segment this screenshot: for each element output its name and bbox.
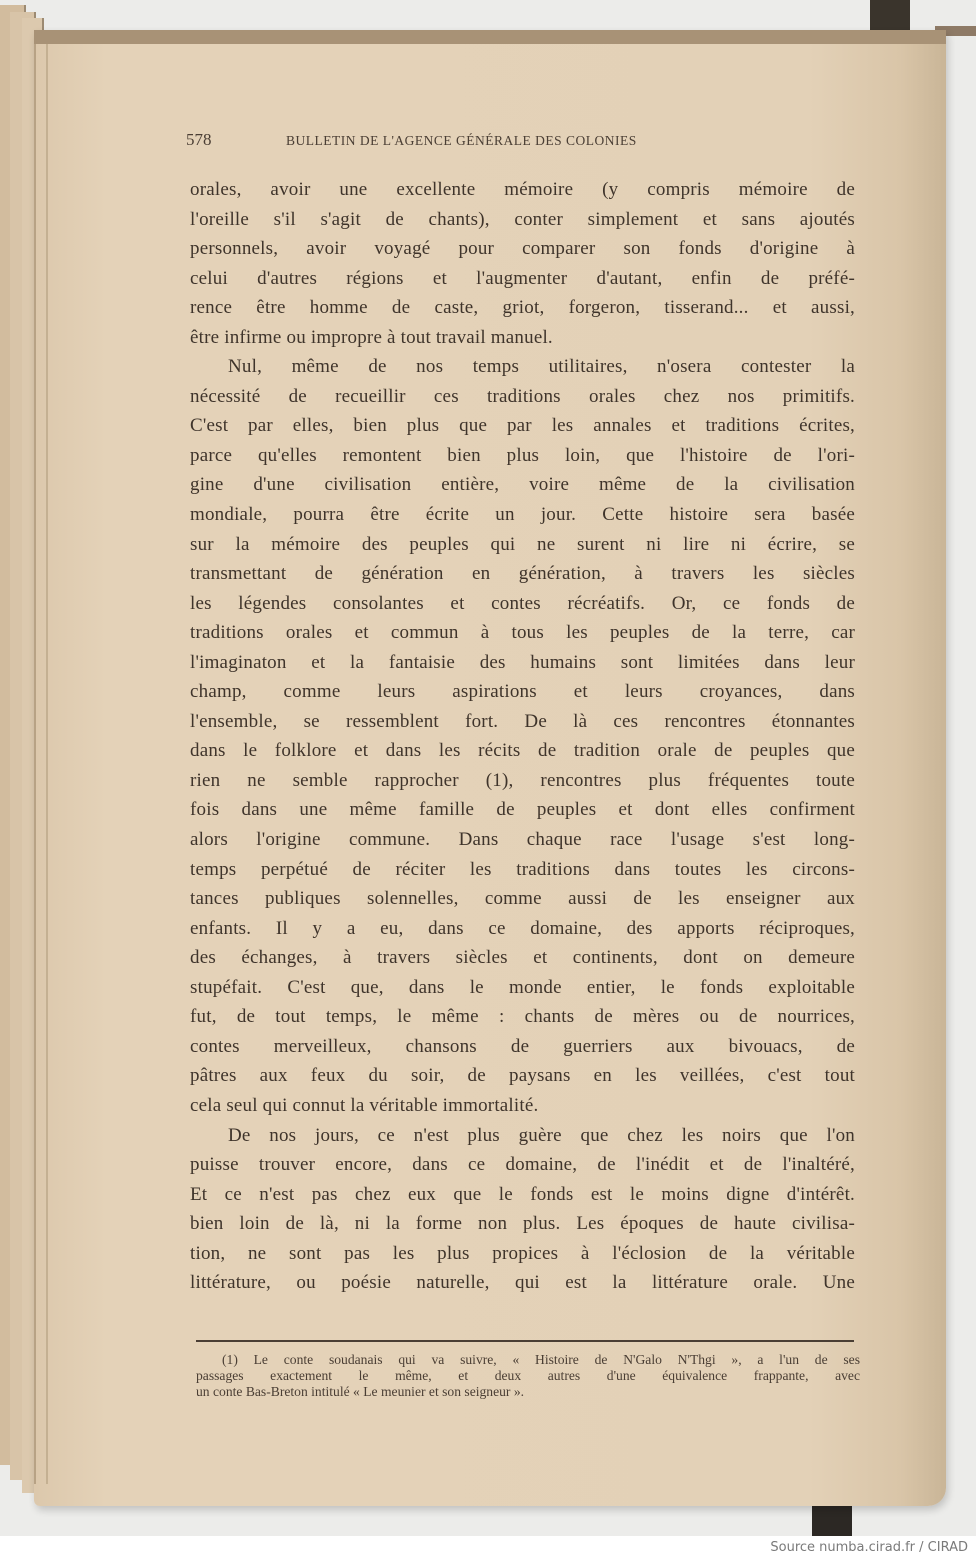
- text-line: fois dans une même famille de peuples et…: [190, 795, 855, 825]
- source-credit: Source numba.cirad.fr / CIRAD: [770, 1540, 968, 1555]
- text-line: être infirme ou impropre à tout travail …: [190, 323, 855, 353]
- text-line: temps perpétué de réciter les traditions…: [190, 855, 855, 885]
- body-text: orales, avoir une excellente mémoire (y …: [190, 175, 855, 1298]
- footnote-rule: [196, 1340, 854, 1342]
- text-line: stupéfait. C'est que, dans le monde enti…: [190, 973, 855, 1003]
- text-line: gine d'une civilisation entière, voire m…: [190, 470, 855, 500]
- text-line: puisse trouver encore, dans ce domaine, …: [190, 1150, 855, 1180]
- text-line: pâtres aux feux du soir, de paysans en l…: [190, 1061, 855, 1091]
- text-line: bien loin de là, ni la forme non plus. L…: [190, 1209, 855, 1239]
- text-line: contes merveilleux, chansons de guerrier…: [190, 1032, 855, 1062]
- text-line: rien ne semble rapprocher (1), rencontre…: [190, 766, 855, 796]
- text-line: mondiale, pourra être écrite un jour. Ce…: [190, 500, 855, 530]
- text-line: Et ce n'est pas chez eux que le fonds es…: [190, 1180, 855, 1210]
- text-line: cela seul qui connut la véritable immort…: [190, 1091, 855, 1121]
- text-line: fut, de tout temps, le même : chants de …: [190, 1002, 855, 1032]
- text-line: des échanges, à travers siècles et conti…: [190, 943, 855, 973]
- text-line: dans le folklore et dans les récits de t…: [190, 736, 855, 766]
- text-line: nécessité de recueillir ces traditions o…: [190, 382, 855, 412]
- text-line: champ, comme leurs aspirations et leurs …: [190, 677, 855, 707]
- running-head: 578 BULLETIN DE L'AGENCE GÉNÉRALE DES CO…: [186, 130, 746, 152]
- text-line: orales, avoir une excellente mémoire (y …: [190, 175, 855, 205]
- text-line: les légendes consolantes et contes récré…: [190, 589, 855, 619]
- text-line: transmettant de génération en génération…: [190, 559, 855, 589]
- text-line: l'imaginaton et la fantaisie des humains…: [190, 648, 855, 678]
- text-line: sur la mémoire des peuples qui ne surent…: [190, 530, 855, 560]
- text-line: l'oreille s'il s'agit de chants), conter…: [190, 205, 855, 235]
- page-inner-margin-lines: [34, 44, 48, 1484]
- text-line: C'est par elles, bien plus que par les a…: [190, 411, 855, 441]
- text-line: l'ensemble, se ressemblent fort. De là c…: [190, 707, 855, 737]
- running-title: BULLETIN DE L'AGENCE GÉNÉRALE DES COLONI…: [286, 133, 637, 149]
- text-line: enfants. Il y a eu, dans ce domaine, des…: [190, 914, 855, 944]
- text-line: littérature, ou poésie naturelle, qui es…: [190, 1268, 855, 1298]
- text-line: celui d'autres régions et l'augmenter d'…: [190, 264, 855, 294]
- text-line: De nos jours, ce n'est plus guère que ch…: [190, 1121, 855, 1151]
- text-line: tances publiques solennelles, comme auss…: [190, 884, 855, 914]
- footnote-line: (1) Le conte soudanais qui va suivre, « …: [196, 1352, 860, 1368]
- text-line: traditions orales et commun à tous les p…: [190, 618, 855, 648]
- text-line: Nul, même de nos temps utilitaires, n'os…: [190, 352, 855, 382]
- footnote: (1) Le conte soudanais qui va suivre, « …: [196, 1352, 860, 1400]
- text-line: rence être homme de caste, griot, forger…: [190, 293, 855, 323]
- text-line: parce qu'elles remontent bien plus loin,…: [190, 441, 855, 471]
- text-line: personnels, avoir voyagé pour comparer s…: [190, 234, 855, 264]
- footnote-line: passages exactement le même, et deux aut…: [196, 1368, 860, 1384]
- text-line: alors l'origine commune. Dans chaque rac…: [190, 825, 855, 855]
- footnote-line: un conte Bas-Breton intitulé « Le meunie…: [196, 1384, 860, 1400]
- text-line: tion, ne sont pas les plus propices à l'…: [190, 1239, 855, 1269]
- page-number: 578: [186, 130, 286, 150]
